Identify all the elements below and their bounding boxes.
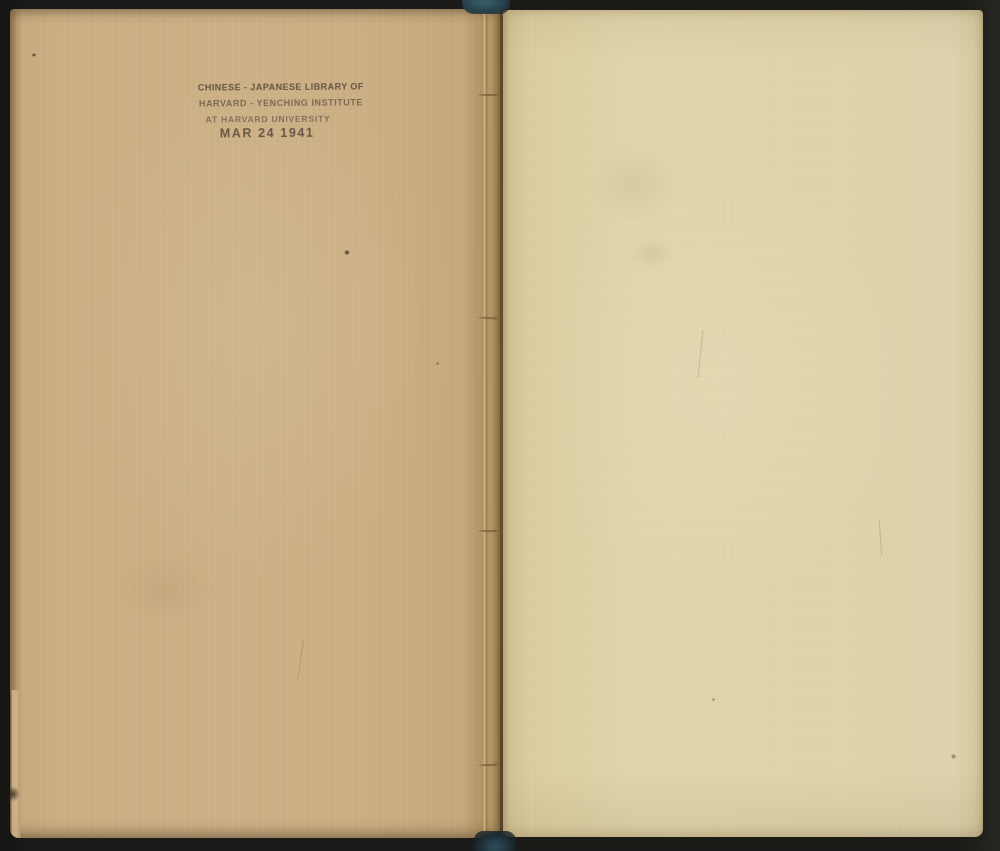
stitch-mark (477, 530, 499, 532)
paper-speck (712, 698, 715, 701)
stamp-line-1: CHINESE - JAPANESE LIBRARY OF (191, 81, 371, 92)
page-edge-stack (10, 690, 23, 838)
tailband-bottom (474, 831, 516, 851)
spine-crease-shading (462, 9, 484, 838)
stamp-date-line: MAR 24 1941 (177, 125, 357, 140)
paper-speck (436, 362, 439, 365)
edge-smudge-mark (8, 786, 20, 802)
paper-speck (951, 754, 956, 759)
headband-top (462, 0, 510, 14)
right-page (503, 10, 983, 837)
book-scan-frame: CHINESE - JAPANESE LIBRARY OF HARVARD - … (0, 0, 1000, 851)
paper-stain (120, 560, 210, 620)
library-stamp: CHINESE - JAPANESE LIBRARY OF HARVARD - … (191, 81, 371, 140)
paper-speck (344, 250, 350, 255)
paper-stain (632, 240, 672, 266)
spine-crease (483, 9, 490, 838)
paper-stain (595, 150, 675, 220)
stamp-line-2: HARVARD - YENCHING INSTITUTE (191, 97, 371, 108)
stamp-line-3: AT HARVARD UNIVERSITY (178, 113, 358, 124)
stitch-mark (477, 94, 499, 96)
paper-speck (32, 53, 36, 57)
